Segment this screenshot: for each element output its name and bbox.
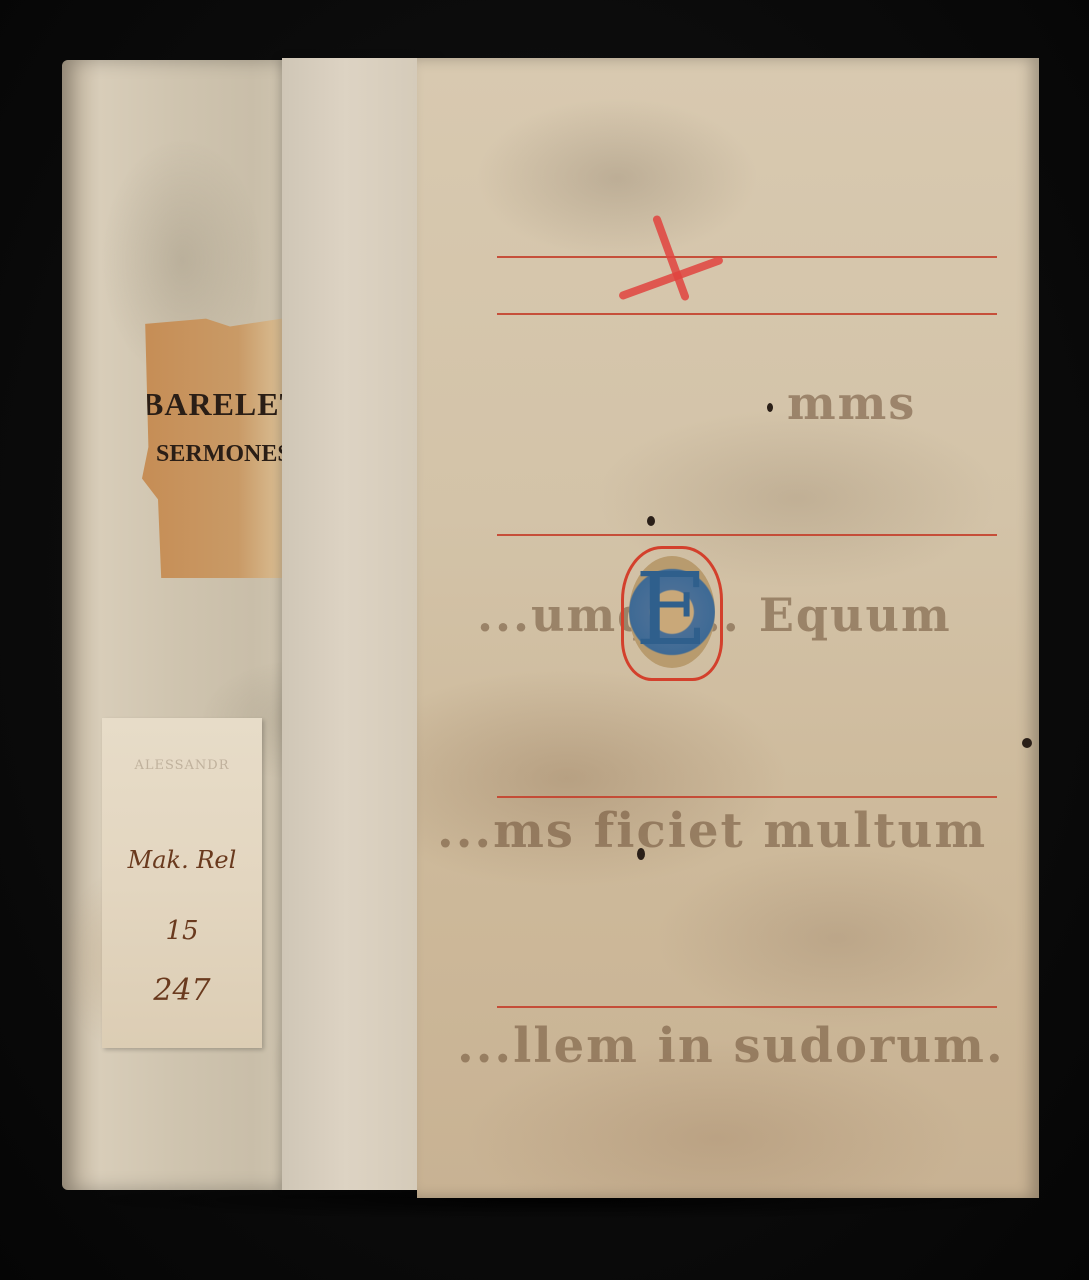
staff-rule: [497, 1006, 997, 1008]
spine-title-line2: SERMONES: [156, 441, 291, 468]
staff-rule: [497, 534, 997, 536]
manuscript-line: ...llem in sudorum.: [457, 1018, 1005, 1074]
staff-rule: [497, 256, 997, 258]
worm-hole: [767, 403, 773, 412]
spine-title-label: BARELETI SERMONES: [142, 316, 302, 578]
manuscript-line: mms: [787, 376, 916, 430]
front-cover-manuscript: mms ...umqu... Equum ...ms ficiet multum…: [417, 58, 1039, 1198]
worm-hole: [637, 848, 645, 860]
spine-shelfmark-label: ALESSANDR Mak. Rel 15 247: [102, 718, 262, 1048]
vellum-book: BARELETI SERMONES ALESSANDR Mak. Rel 15 …: [62, 58, 1040, 1208]
initial-letter: E: [635, 560, 708, 660]
staff-rule: [497, 313, 997, 315]
faded-print: ALESSANDR: [102, 758, 262, 773]
staff-rule: [497, 796, 997, 798]
shelfmark-line1: Mak. Rel: [102, 846, 262, 874]
illuminated-initial: E: [607, 536, 737, 691]
worm-hole: [1022, 738, 1032, 748]
manuscript-line: ...ms ficiet multum: [437, 803, 987, 859]
worm-hole: [647, 516, 655, 526]
shelfmark-line3: 247: [102, 973, 262, 1008]
shelfmark-line2: 15: [102, 916, 262, 946]
